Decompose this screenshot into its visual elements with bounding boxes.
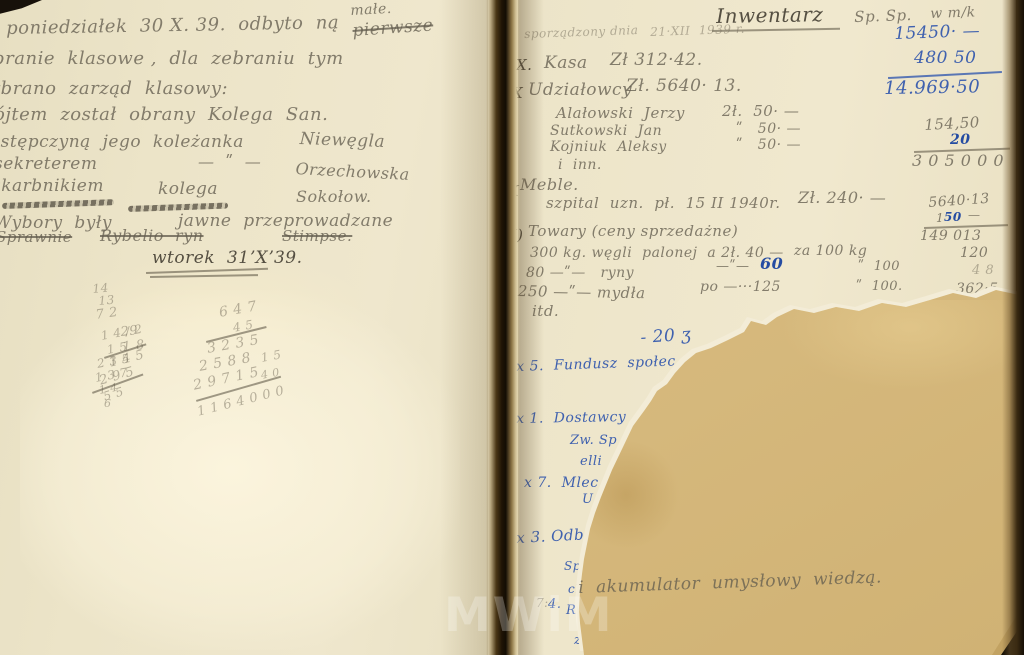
- notebook-scan: małe.poniedziałek 30 X. 39. odbyto nąpie…: [0, 0, 1024, 655]
- watermark: MWiM: [444, 588, 614, 643]
- binding-gutter: [486, 0, 520, 655]
- gutter-shadow: [518, 0, 544, 655]
- handwriting-line: i akumulator umysłowy wiedzą.: [578, 569, 882, 597]
- gutter-shadow: [440, 0, 488, 655]
- scan-right-edge: [1002, 0, 1024, 655]
